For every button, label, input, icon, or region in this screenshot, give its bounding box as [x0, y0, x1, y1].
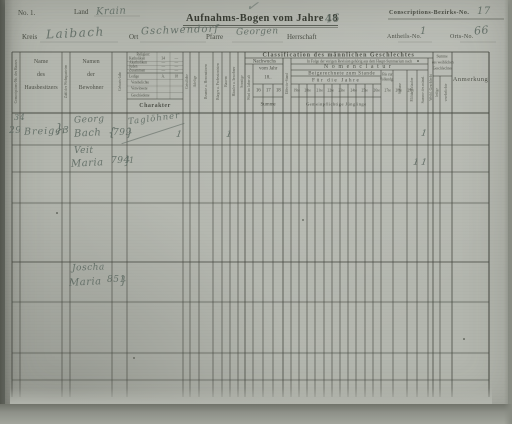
orts-no-label: Orts-No. [450, 34, 474, 40]
row1-brace-right: } [126, 126, 134, 139]
nachwuchs-age-17: 17 [263, 85, 273, 96]
row2-last-name: Maria [71, 157, 104, 170]
house-no-old: 34 [14, 113, 25, 122]
status-box-title: Ledige [129, 74, 155, 79]
rotated-col-r3: Weibl. Geschlecht [429, 63, 433, 113]
scan-speck [417, 60, 419, 62]
narrow-col-5: Bauern [224, 57, 228, 107]
house-no-new: 29 [9, 126, 21, 136]
pfarre-value-handwriting: Georgen [236, 26, 279, 37]
rotated-col-r1: Militär-Urlauber [410, 65, 414, 115]
row1-last-name: Bach [74, 127, 102, 139]
grid-fadeout [10, 378, 492, 404]
narrow-col-6: Häusler u. Inwohner [232, 57, 236, 107]
rotated-col-r2: Summe des männl. [421, 65, 425, 115]
ort-label: Ort [129, 33, 138, 41]
status-row-label: Geschiedene [131, 93, 157, 98]
party-count-col: Zahl der Wohnparteien [64, 57, 68, 107]
female-sub-col-1: ledige [435, 68, 439, 118]
narrow-col-2: Adelige [193, 57, 197, 107]
classification-title: Classification des männlichen Geschlecht… [245, 51, 433, 58]
narrow-col-1: Geistliche [185, 57, 189, 107]
vollendung-line2: Vollendg. [381, 77, 393, 82]
revision-year-cells: 19te 20te 21te 22te 23te 24te 25te 26te … [291, 85, 381, 96]
kreis-label: Kreis [22, 33, 37, 41]
orts-no-value-handwriting: 66 [473, 23, 489, 37]
herrschaft-label: Herrschaft [287, 33, 317, 41]
antheil-value-handwriting: 1 [420, 26, 427, 37]
scan-speck [302, 219, 304, 221]
status-row-label: Verehelichte [131, 80, 157, 85]
scanned-census-form: No. 1. Land Aufnahms-Bogen vom Jahre 18 … [0, 0, 512, 424]
effectiv-stand-col: Effectiv-Stand [285, 59, 289, 109]
owner-col-line2: des [20, 71, 62, 79]
narrow-col-7: Sonstige [240, 57, 244, 107]
scan-speck [56, 212, 58, 214]
dwelling-count: 3 [63, 126, 69, 136]
status-row-label: Verwitwete [131, 86, 157, 91]
row3-brace-right: } [120, 274, 128, 287]
antheil-label: Antheils-No. [387, 34, 422, 40]
land-value-handwriting: Krain [96, 5, 127, 17]
row2-after-mark: 1 [129, 156, 135, 165]
revision-line4: Für die Jahre [291, 77, 381, 84]
status-box-col1: A. [157, 74, 170, 79]
inhabitant-col-line3: Bewohner [70, 83, 112, 92]
land-label: Land [74, 8, 88, 16]
inhabitant-col-line1: Namen [70, 58, 112, 66]
narrow-col-4: Bürger u. Professionisten [216, 57, 220, 107]
checkmark-handwriting: ✓ [245, 0, 260, 16]
title-year-handwriting: 46 [325, 11, 341, 25]
nachwuchs-age-18: 18 [273, 85, 283, 96]
scan-speck [463, 338, 465, 340]
female-sub-col-2: verehelichte [444, 68, 448, 118]
revision-bottom-label: Gemeinpflichtige Jünglinge [291, 99, 381, 110]
scan-speck [133, 357, 135, 359]
religion-row-label: Zusammen [129, 69, 157, 73]
owner-col-line3: Hausbesitzers [20, 83, 62, 92]
row3-first-name: Joscha [72, 262, 105, 273]
nachwuchs-jahr: 18.. [253, 74, 283, 82]
narrow-col-3: Beamte u. Honoratioren [204, 57, 208, 107]
inhabitant-col-line2: der [70, 71, 112, 79]
form-number: No. 1. [18, 9, 35, 17]
revision-line2: Nomenclatur [291, 64, 428, 70]
row2-first-name: Veit [74, 146, 94, 156]
house-no-col: Conscriptions-No. des Hauses [14, 57, 18, 107]
row1-first-name: Georg [74, 114, 105, 126]
conscription-value-handwriting: 17 [477, 6, 491, 17]
status-box-col2: 18 [170, 74, 183, 79]
nachwuchs-vom-jahr: vom Jahr [253, 65, 283, 72]
religion-row-value: — [157, 69, 170, 73]
conscription-district-label: Conscriptions-Bezirks-No. [389, 10, 469, 16]
anmerkung-header: Anmerkung [452, 74, 489, 84]
religion-row-value: — [170, 69, 183, 73]
birth-year-col: Geburts-Jahr [118, 57, 122, 107]
revision-line3: Beigerechnete zum Stande [291, 70, 393, 76]
nachwuchs-summe: Summe [253, 99, 283, 110]
owner-col-line1: Name [20, 58, 62, 66]
charakter-header: Charakter [127, 100, 183, 111]
nachwuchs-age-16: 16 [253, 85, 263, 96]
nachwuchs-rotated-col: Wird im Jahre alt [247, 63, 251, 113]
summe-col: Summe [398, 64, 402, 114]
row3-last-name: Maria [69, 276, 102, 289]
form-title: Aufnahms-Bogen vom Jahre 18 [186, 13, 338, 24]
